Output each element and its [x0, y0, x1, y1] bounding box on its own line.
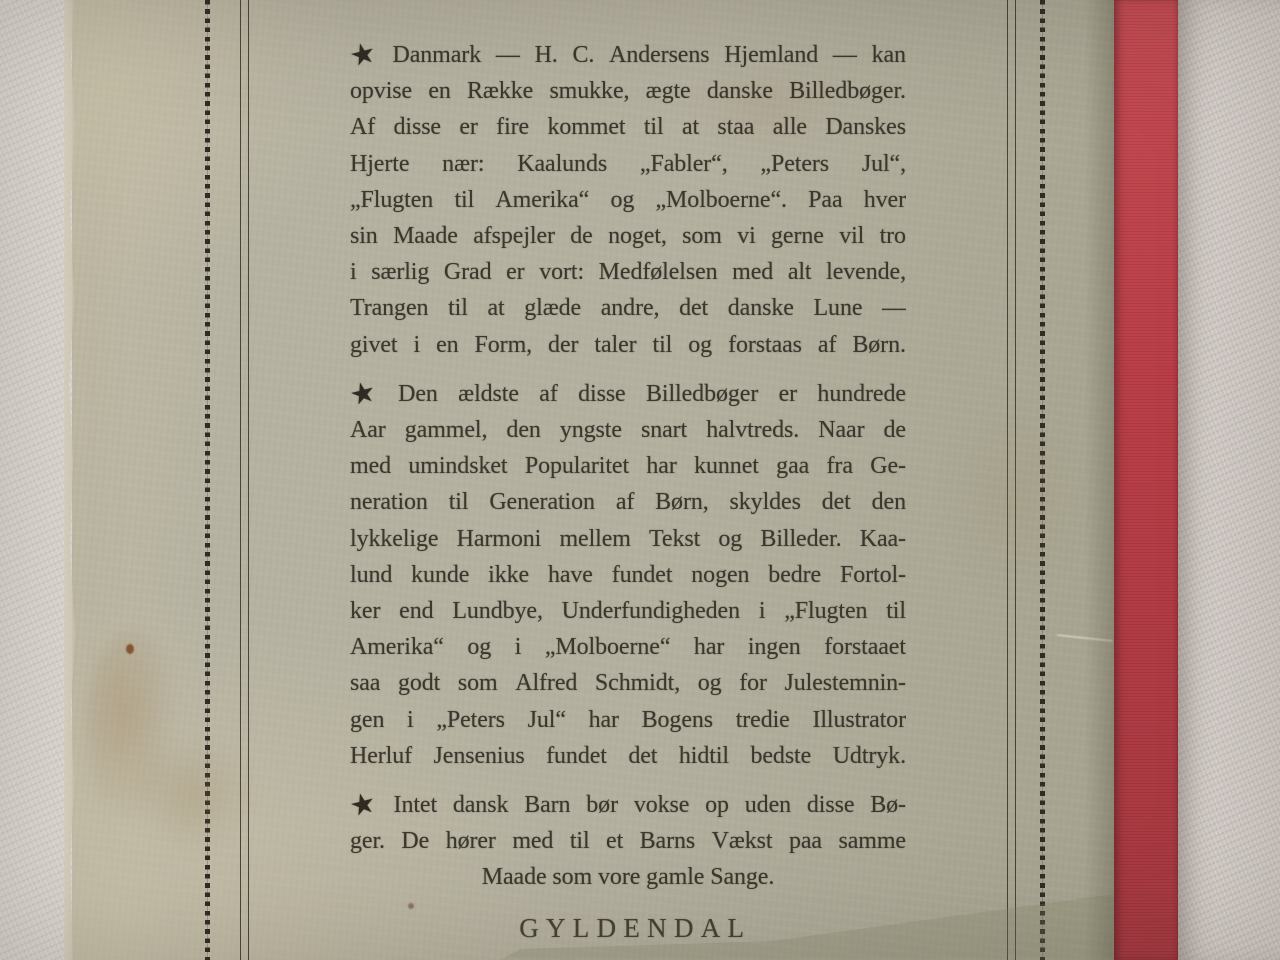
word: —: [496, 37, 520, 73]
word: kunde: [411, 557, 469, 593]
word: alt: [788, 254, 812, 290]
word: i: [515, 629, 522, 665]
paragraph: ★Danmark—H.C.AndersensHjemland—kanopvise…: [350, 37, 906, 363]
word: Den: [398, 376, 438, 412]
text-line: opviseenRækkesmukke,ægtedanskeBilledbøge…: [350, 73, 906, 109]
word: Jensenius: [434, 738, 525, 774]
text-line: AfdisseerfirekommettilatstaaalleDanskes: [350, 109, 906, 145]
word: fra: [827, 448, 853, 484]
word: Julestemnin-: [785, 665, 906, 701]
text-line: geni„PetersJul“harBogenstredieIllustrato…: [350, 702, 906, 738]
text-line: ★Danmark—H.C.AndersensHjemland—kan: [350, 37, 906, 73]
word: Af: [350, 109, 375, 145]
publisher-name: GYLDENDAL: [350, 910, 913, 946]
word: Herluf: [350, 738, 412, 774]
word: halvtreds.: [706, 412, 799, 448]
word: hver: [864, 182, 906, 218]
word: C.: [573, 37, 595, 73]
text-line: ★DenældsteafdisseBilledbøgererhundrede: [350, 376, 906, 412]
word: Jul“,: [862, 146, 906, 182]
text-line: ger.DehørermedtiletBarnsVækstpaasamme: [350, 823, 906, 859]
word: kommet: [547, 109, 625, 145]
word: og: [718, 521, 742, 557]
word: er: [779, 376, 797, 412]
word: og: [688, 327, 712, 363]
word: danske: [707, 73, 773, 109]
word: „Flugten: [350, 182, 433, 218]
word: den: [872, 484, 906, 520]
text-line: Hjertenær:Kaalunds„Fabler“,„PetersJul“,: [350, 146, 906, 182]
word: den: [506, 412, 540, 448]
word: gerne: [771, 218, 824, 254]
word: de: [884, 412, 906, 448]
word: Harmoni: [457, 521, 542, 557]
book-back-cover: ★Danmark—H.C.AndersensHjemland—kanopvise…: [72, 0, 1114, 960]
word: vort:: [539, 254, 584, 290]
word: Bø-: [870, 787, 906, 823]
word: „Molboerne“.: [656, 182, 787, 218]
word: Medfølelsen: [599, 254, 718, 290]
word: samme: [838, 823, 905, 859]
word: af: [539, 376, 557, 412]
word: kunnet: [694, 448, 759, 484]
word: Underfundigheden: [562, 593, 740, 629]
word: med: [512, 823, 553, 859]
word: Kaalunds: [517, 146, 607, 182]
word: neration: [350, 484, 428, 520]
word: Barns: [640, 823, 696, 859]
word: uden: [745, 787, 791, 823]
text-line: givetienForm,dertalertilogforstaasafBørn…: [350, 327, 906, 363]
word: Fortol-: [840, 557, 906, 593]
word: ægte: [646, 73, 691, 109]
word: af: [818, 327, 836, 363]
word: Billedbøger: [646, 376, 758, 412]
word: i: [350, 254, 357, 290]
word: et: [606, 823, 623, 859]
word: levende,: [826, 254, 906, 290]
word: Illustrator: [812, 702, 906, 738]
word: Paa: [808, 182, 842, 218]
word: Amerika“: [350, 629, 444, 665]
spine-groove-shadow: [1084, 0, 1114, 960]
word: Udtryk.: [833, 738, 906, 774]
word: taler: [594, 327, 636, 363]
word: Bogens: [642, 702, 713, 738]
word: dansk: [453, 787, 509, 823]
word: gen: [350, 702, 384, 738]
paper-speck: [408, 903, 414, 909]
word: med: [732, 254, 773, 290]
border-dotted-right: [1040, 0, 1045, 960]
word: Maade: [393, 218, 458, 254]
word: med: [350, 448, 391, 484]
word: det: [679, 290, 708, 326]
word: Aar: [350, 412, 386, 448]
word: til: [886, 593, 906, 629]
text-line: Aargammel,denyngstesnarthalvtreds.Naarde: [350, 412, 906, 448]
word: fundet: [612, 557, 673, 593]
word: har: [694, 629, 724, 665]
word: som: [682, 218, 722, 254]
word: Hjemland: [724, 37, 818, 73]
word: Billedbøger.: [789, 73, 906, 109]
word: mellem: [559, 521, 630, 557]
word: Lune: [813, 290, 862, 326]
word: De: [401, 823, 429, 859]
word: bedre: [768, 557, 821, 593]
word: nogen: [691, 557, 749, 593]
paper-rust-spot: [126, 644, 134, 654]
word: gammel,: [405, 412, 488, 448]
word: er: [506, 254, 524, 290]
word: Naar: [818, 412, 864, 448]
paper-stain: [85, 630, 180, 830]
word: ger.: [350, 823, 385, 859]
word: noget,: [608, 218, 667, 254]
word: H.: [535, 37, 558, 73]
word: vil: [839, 218, 864, 254]
word: Jul“: [528, 702, 566, 738]
word: tro: [880, 218, 906, 254]
word: givet: [350, 327, 398, 363]
text-line: lundkundeikkehavefundetnogenbedreFortol-: [350, 557, 906, 593]
word: Kaa-: [860, 521, 906, 557]
word: snart: [641, 412, 687, 448]
photo-scene: ★Danmark—H.C.AndersensHjemland—kanopvise…: [0, 0, 1280, 960]
word: det: [628, 738, 657, 774]
word: Hjerte: [350, 146, 409, 182]
word: en: [428, 73, 450, 109]
text-line: ★IntetdanskBarnbørvokseopudendisseBø-: [350, 787, 906, 823]
word: andre,: [601, 290, 660, 326]
star-icon: ★: [350, 787, 380, 823]
word: forstaaet: [824, 629, 906, 665]
word: til: [454, 182, 474, 218]
word: til: [449, 484, 469, 520]
word: bedste: [750, 738, 811, 774]
word: opvise: [350, 73, 412, 109]
word: Intet: [394, 787, 437, 823]
word: op: [705, 787, 729, 823]
wall-left: [0, 0, 72, 960]
border-double-line-left: [240, 0, 249, 960]
word: lykkelige: [350, 521, 438, 557]
word: —: [882, 290, 906, 326]
word: disse: [807, 787, 855, 823]
word: Tekst: [649, 521, 700, 557]
text-line: sinMaadeafspejlerdenoget,somvigerneviltr…: [350, 218, 906, 254]
paragraph: ★DenældsteafdisseBilledbøgererhundredeAa…: [350, 376, 906, 774]
wall-right: [1178, 0, 1280, 960]
word: fundet: [546, 738, 607, 774]
book-spine: [1114, 0, 1178, 960]
word: for: [739, 665, 767, 701]
word: —: [833, 37, 857, 73]
word: er: [459, 109, 477, 145]
word: bør: [586, 787, 618, 823]
word: til: [448, 290, 468, 326]
word: vi: [737, 218, 755, 254]
word: gaa: [776, 448, 809, 484]
word: til: [644, 109, 664, 145]
word: „Peters: [760, 146, 829, 182]
word: hidtil: [679, 738, 729, 774]
word: kan: [872, 37, 906, 73]
word: ikke: [488, 557, 529, 593]
word: til: [653, 327, 673, 363]
text-line: lykkeligeHarmonimellemTekstogBilleder.Ka…: [350, 521, 906, 557]
word: Danmark: [393, 37, 482, 73]
paper-stain: [127, 735, 257, 855]
word: „Peters: [436, 702, 505, 738]
word: skyldes: [730, 484, 801, 520]
word: Alfred: [515, 665, 577, 701]
word: staa: [717, 109, 754, 145]
word: en: [436, 327, 458, 363]
word: lund: [350, 557, 392, 593]
star-icon: ★: [350, 37, 380, 73]
word: Barn: [524, 787, 570, 823]
word: end: [399, 593, 433, 629]
word: Form,: [475, 327, 533, 363]
text-line: HerlufJenseniusfundetdethidtilbedsteUdtr…: [350, 738, 906, 774]
word: i: [414, 327, 421, 363]
word: i: [407, 702, 414, 738]
word: Række: [467, 73, 533, 109]
word: fire: [496, 109, 529, 145]
word: Schmidt,: [595, 665, 680, 701]
word: disse: [393, 109, 441, 145]
word: Vækst: [712, 823, 773, 859]
word: Amerika“: [495, 182, 589, 218]
word: i: [759, 593, 766, 629]
word: at: [682, 109, 699, 145]
word: vokse: [634, 787, 690, 823]
word: sin: [350, 218, 378, 254]
word: Børn.: [852, 327, 906, 363]
word: særlig: [371, 254, 429, 290]
word: danske: [728, 290, 794, 326]
word: af: [616, 484, 634, 520]
word: umindsket: [408, 448, 507, 484]
text-line: isærligGradervort:Medfølelsenmedaltleven…: [350, 254, 906, 290]
word: som: [458, 665, 498, 701]
word: alle: [773, 109, 807, 145]
border-dotted-left: [205, 0, 210, 960]
word: det: [822, 484, 851, 520]
word: der: [548, 327, 578, 363]
word: Andersens: [609, 37, 709, 73]
word: Billeder.: [760, 521, 841, 557]
word: hundrede: [817, 376, 906, 412]
word: hører: [446, 823, 496, 859]
word: afspejler: [473, 218, 555, 254]
word: Danskes: [825, 109, 906, 145]
word: og: [610, 182, 634, 218]
word: smukke,: [549, 73, 629, 109]
star-icon: ★: [350, 376, 380, 412]
word: og: [467, 629, 491, 665]
word: forstaas: [728, 327, 802, 363]
word: Popularitet: [525, 448, 629, 484]
word: nær:: [442, 146, 484, 182]
text-line: Maade som vore gamle Sange.: [350, 859, 906, 895]
word: tredie: [736, 702, 790, 738]
word: glæde: [524, 290, 581, 326]
word: til: [570, 823, 590, 859]
word: have: [548, 557, 593, 593]
text-line: saagodtsomAlfredSchmidt,ogforJulestemnin…: [350, 665, 906, 701]
paragraph: ★IntetdanskBarnbørvokseopudendisseBø-ger…: [350, 787, 906, 896]
word: Generation: [489, 484, 595, 520]
word: ældste: [458, 376, 519, 412]
word: Grad: [444, 254, 492, 290]
word: „Fabler“,: [640, 146, 728, 182]
word: de: [570, 218, 592, 254]
word: har: [589, 702, 619, 738]
text-line: Trangentilatglædeandre,detdanskeLune—: [350, 290, 906, 326]
word: ingen: [748, 629, 801, 665]
text-line: Amerika“ogi„Molboerne“haringenforstaaet: [350, 629, 906, 665]
word: Trangen: [350, 290, 428, 326]
word: „Flugten: [784, 593, 867, 629]
border-double-line-right: [1007, 0, 1016, 960]
text-line: medumindsketPopularitetharkunnetgaafraGe…: [350, 448, 906, 484]
word: saa: [350, 665, 380, 701]
word: og: [698, 665, 722, 701]
text-line: kerendLundbye,Underfundighedeni„Flugtent…: [350, 593, 906, 629]
word: har: [646, 448, 676, 484]
word: yngste: [560, 412, 622, 448]
word: Ge-: [870, 448, 906, 484]
word: „Molboerne“: [545, 629, 671, 665]
word: godt: [398, 665, 440, 701]
word: disse: [578, 376, 626, 412]
text-line: nerationtilGenerationafBørn,skyldesdetde…: [350, 484, 906, 520]
word: paa: [789, 823, 822, 859]
word: at: [487, 290, 504, 326]
text-line: „FlugtentilAmerika“og„Molboerne“.Paahver: [350, 182, 906, 218]
word: Børn,: [655, 484, 709, 520]
cover-text: ★Danmark—H.C.AndersensHjemland—kanopvise…: [350, 37, 906, 896]
word: ker: [350, 593, 380, 629]
word: Lundbye,: [452, 593, 543, 629]
